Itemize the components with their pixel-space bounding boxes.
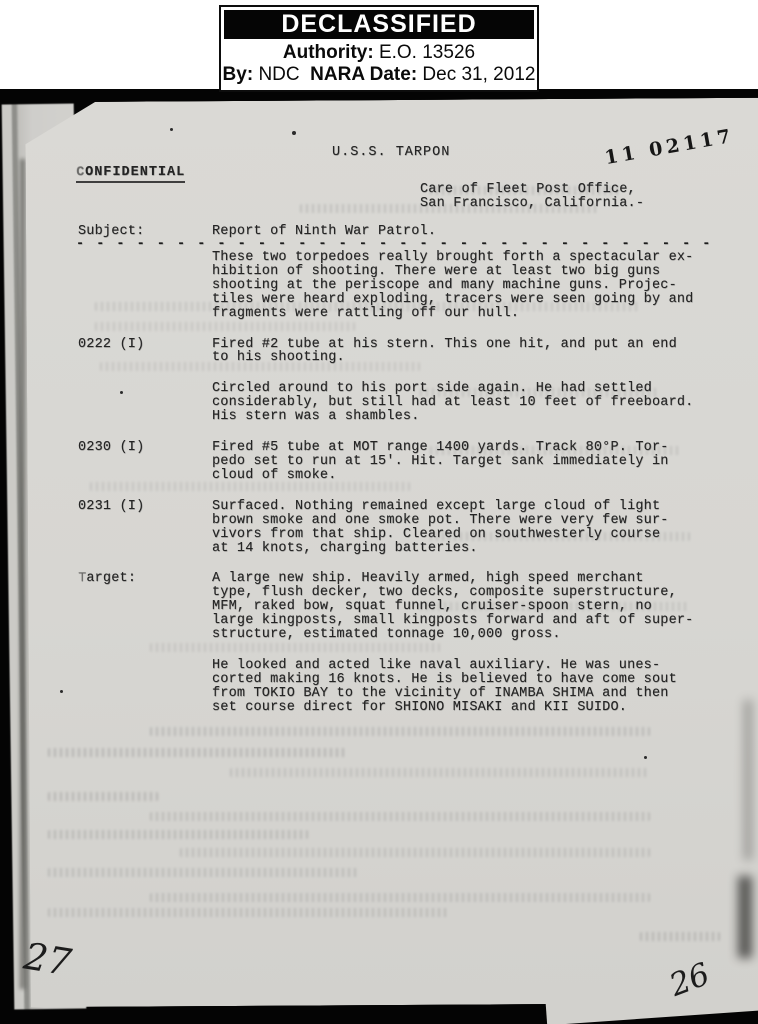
entry-time-label: 0230 (I) [78, 441, 212, 483]
bleed-through-smudge [48, 792, 158, 801]
typed-content: CONFIDENTIAL U.S.S. TARPON 11 02117 Care… [0, 0, 758, 1024]
bleed-through-smudge [430, 532, 690, 541]
authority-label: Authority: [283, 42, 374, 63]
log-paragraph: He looked and acted like naval auxiliary… [78, 659, 733, 715]
by-label: By: [223, 64, 254, 85]
entry-time-label: 0231 (I) [78, 500, 212, 556]
nara-date-value: Dec 31, 2012 [422, 64, 535, 85]
scan-speck [60, 690, 63, 693]
handwritten-page-number-left: 27 [21, 935, 74, 985]
by-date-line: By: NDC NARA Date: Dec 31, 2012 [221, 64, 537, 90]
bleed-through-smudge [150, 812, 650, 821]
bleed-through-smudge [230, 768, 650, 777]
authority-value: E.O. 13526 [379, 42, 475, 63]
bleed-through-smudge [430, 186, 620, 195]
bleed-through-smudge [150, 643, 440, 652]
bleed-through-smudge [100, 362, 420, 371]
declassified-stamp: DECLASSIFIED Authority: E.O. 13526 By: N… [219, 5, 539, 92]
serial-number-stamp: 11 02117 [603, 125, 736, 169]
bleed-through-smudge [95, 302, 640, 311]
bleed-through-smudge [48, 868, 358, 877]
bleed-through-smudge [48, 830, 308, 839]
page-edge-shadow [738, 876, 752, 958]
bleed-through-smudge [150, 893, 650, 902]
by-value: NDC [258, 64, 299, 85]
ship-name: U.S.S. TARPON [332, 146, 450, 160]
entry-time-label [78, 382, 212, 424]
bleed-through-smudge [150, 727, 650, 736]
nara-date-label: NARA Date: [310, 64, 417, 85]
bleed-through-smudge [90, 482, 410, 491]
handwritten-page-number-right: 26 [665, 956, 715, 1004]
entry-text: Surfaced. Nothing remained except large … [212, 500, 733, 556]
bleed-through-smudge [48, 908, 448, 917]
classification-marking: CONFIDENTIAL [76, 166, 185, 183]
bleed-through-smudge [300, 204, 600, 213]
scan-speck [644, 756, 647, 759]
bleed-through-smudge [430, 446, 680, 455]
bleed-through-smudge [420, 602, 690, 611]
entry-text: He looked and acted like naval auxiliary… [212, 659, 733, 715]
scan-speck [120, 391, 123, 394]
entry-time-label [78, 659, 212, 715]
bleed-through-smudge [420, 388, 660, 397]
bleed-through-smudge [48, 748, 348, 757]
scan-speck [292, 131, 296, 135]
bleed-through-smudge [640, 932, 720, 941]
page-edge-shadow [744, 700, 752, 860]
scan-speck [170, 128, 173, 131]
authority-line: Authority: E.O. 13526 [221, 42, 537, 64]
log-entry-0231: 0231 (I) Surfaced. Nothing remained exce… [78, 500, 733, 556]
bleed-through-smudge [95, 322, 355, 331]
entry-time-label: Target: [78, 572, 212, 642]
declassified-title: DECLASSIFIED [224, 10, 534, 39]
bleed-through-smudge [180, 848, 650, 857]
